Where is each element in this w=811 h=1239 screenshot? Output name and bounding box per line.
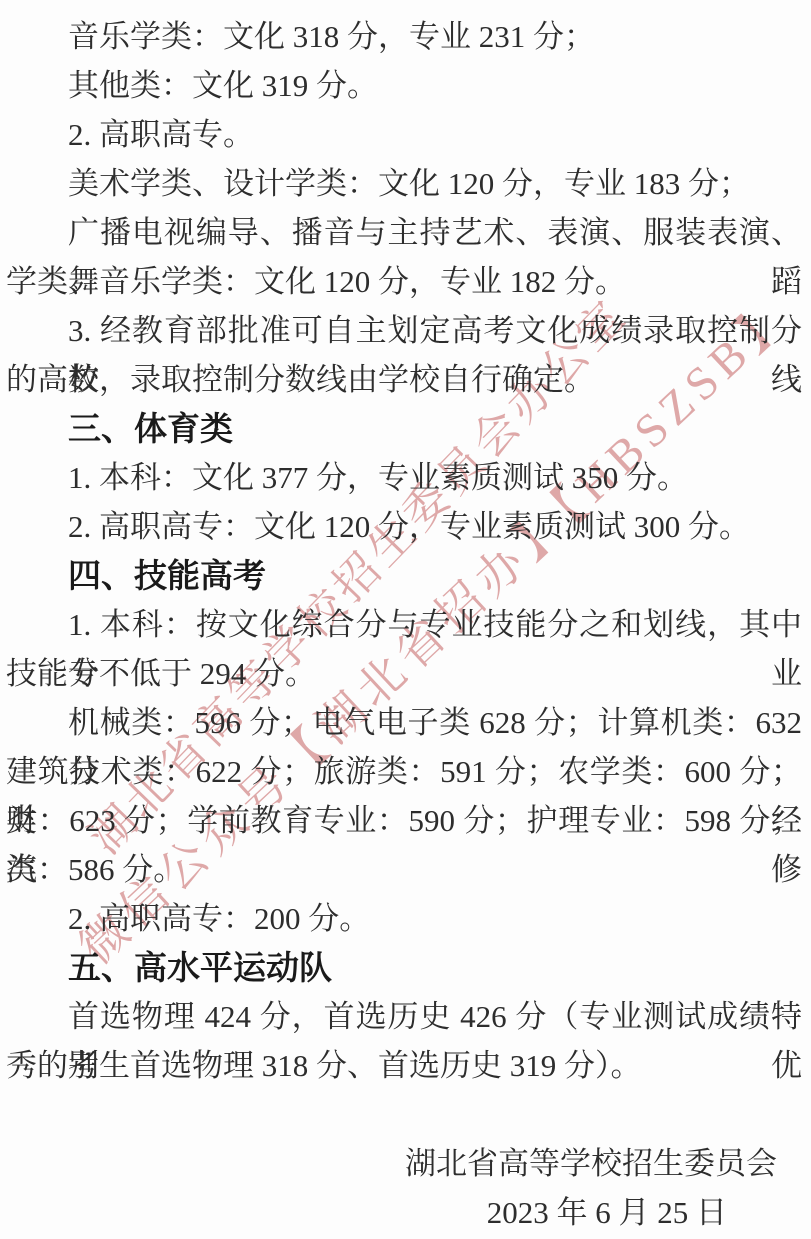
document-line: 2. 高职高专：文化 120 分，专业素质测试 300 分。 — [0, 502, 811, 551]
section-heading: 三、体育类 — [0, 404, 811, 453]
document-line: 建筑技术类：622 分；旅游类：591 分；农学类：600 分；财经 — [0, 747, 811, 796]
document-line: 其他类：文化 319 分。 — [0, 61, 811, 110]
signature-line: 湖北省高等学校招生委员会 — [0, 1139, 811, 1188]
document-line: 类：623 分；学前教育专业：590 分；护理专业：598 分；汽修 — [0, 796, 811, 845]
document-line: 2. 高职高专：200 分。 — [0, 894, 811, 943]
document-line: 1. 本科：按文化综合分与专业技能分之和划线，其中专业 — [0, 600, 811, 649]
date-line: 2023 年 6 月 25 日 — [0, 1188, 811, 1237]
document-line: 广播电视编导、播音与主持艺术、表演、服装表演、舞蹈 — [0, 208, 811, 257]
document-line: 机械类：596 分；电气电子类 628 分；计算机类：632 分； — [0, 698, 811, 747]
document-line: 2. 高职高专。 — [0, 110, 811, 159]
document-line: 1. 本科：文化 377 分，专业素质测试 350 分。 — [0, 453, 811, 502]
section-heading: 四、技能高考 — [0, 551, 811, 600]
document-page: 湖北省高等学校招生委员会办公室 微信公众号【湖北省招办】【HBSZSB】 音乐学… — [0, 0, 811, 1239]
document-body: 音乐学类：文化 318 分，专业 231 分；其他类：文化 319 分。2. 高… — [0, 0, 811, 1237]
document-line: 3. 经教育部批准可自主划定高考文化成绩录取控制分数线 — [0, 306, 811, 355]
document-line: 美术学类、设计学类：文化 120 分，专业 183 分； — [0, 159, 811, 208]
document-line: 首选物理 424 分，首选历史 426 分（专业测试成绩特别优 — [0, 992, 811, 1041]
document-lines: 音乐学类：文化 318 分，专业 231 分；其他类：文化 319 分。2. 高… — [0, 12, 811, 1090]
document-line: 音乐学类：文化 318 分，专业 231 分； — [0, 12, 811, 61]
section-heading: 五、高水平运动队 — [0, 943, 811, 992]
